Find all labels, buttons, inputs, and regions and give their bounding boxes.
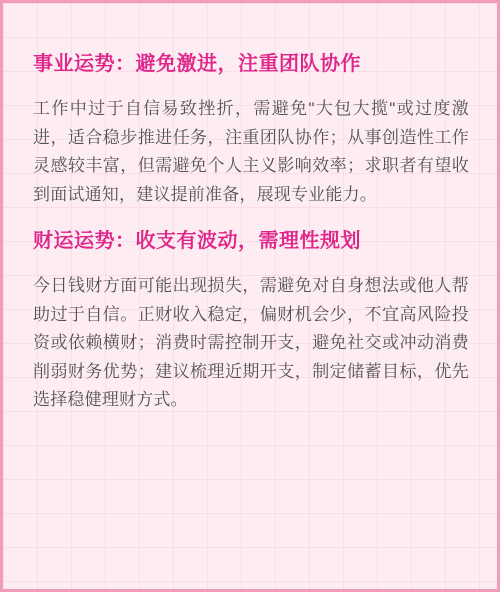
career-fortune-heading: 事业运势：避免激进，注重团队协作 xyxy=(33,50,469,78)
career-fortune-section: 事业运势：避免激进，注重团队协作 工作中过于自信易致挫折，需避免"大包大揽"或过… xyxy=(33,50,469,209)
career-fortune-body: 工作中过于自信易致挫折，需避免"大包大揽"或过度激进，适合稳步推进任务，注重团队… xyxy=(33,95,469,209)
fortune-card: 事业运势：避免激进，注重团队协作 工作中过于自信易致挫折，需避免"大包大揽"或过… xyxy=(0,0,500,592)
wealth-fortune-section: 财运运势：收支有波动，需理性规划 今日钱财方面可能出现损失，需避免对自身想法或他… xyxy=(33,227,469,415)
wealth-fortune-body: 今日钱财方面可能出现损失，需避免对自身想法或他人帮助过于自信。正财收入稳定，偏财… xyxy=(33,272,469,415)
wealth-fortune-heading: 财运运势：收支有波动，需理性规划 xyxy=(33,227,469,255)
